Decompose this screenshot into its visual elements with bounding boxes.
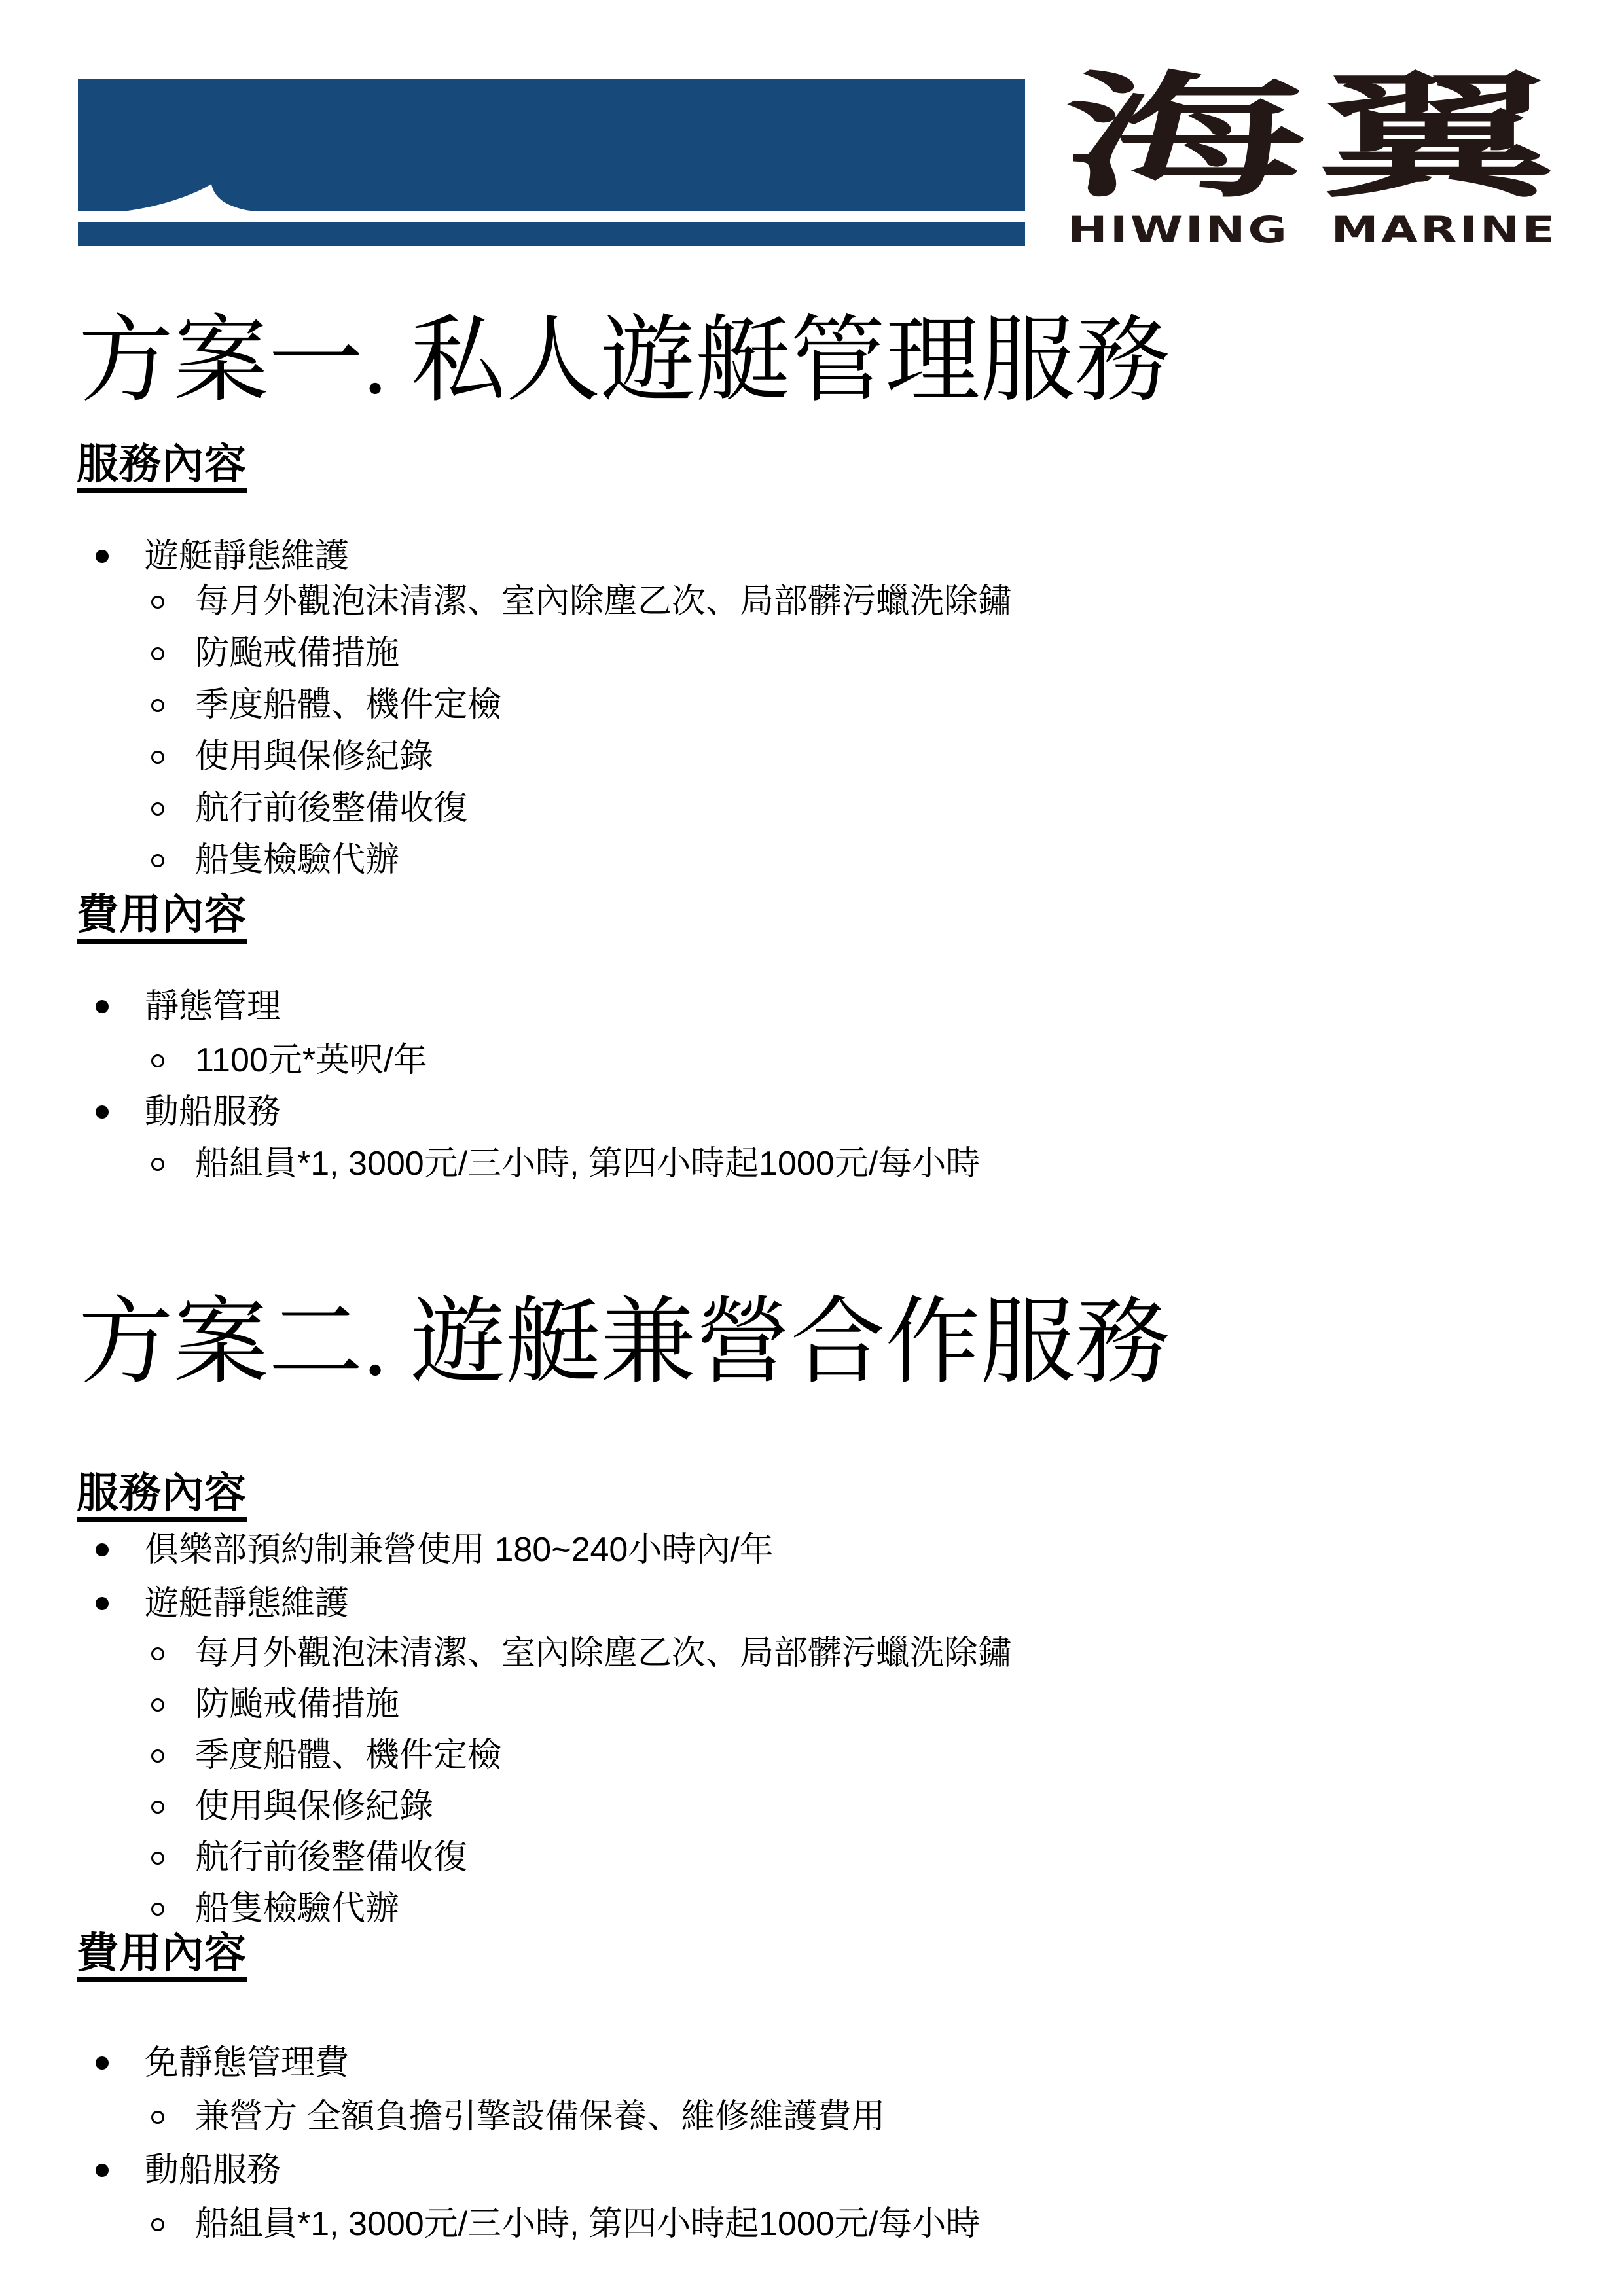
list-subitem: 航行前後整備收復 <box>151 787 467 830</box>
bullet-circle-icon <box>151 1903 164 1916</box>
list-subitem-label: 船組員*1, 3000元/三小時, 第四小時起1000元/每小時 <box>195 1142 980 1185</box>
bullet-circle-icon <box>151 647 164 660</box>
list-subitem: 船隻檢驗代辦 <box>151 838 399 882</box>
list-item-label: 俱樂部預約制兼營使用 180~240小時內/年 <box>145 1528 774 1571</box>
list-subitem: 船隻檢驗代辦 <box>151 1887 399 1930</box>
wave-icon <box>128 184 251 211</box>
list-subitem: 季度船體、機件定檢 <box>151 683 501 726</box>
bullet-dot-icon <box>96 550 109 563</box>
list-subitem-label: 航行前後整備收復 <box>195 1836 467 1879</box>
bullet-circle-icon <box>151 751 164 764</box>
bullet-circle-icon <box>151 596 164 609</box>
list-subitem-label: 兼營方 全額負擔引擎設備保養、維修維護費用 <box>195 2095 885 2138</box>
plan1-service-heading: 服務內容 <box>77 444 247 493</box>
bullet-dot-icon <box>96 1543 109 1556</box>
bullet-dot-icon <box>96 1000 109 1013</box>
list-subitem-label: 防颱戒備措施 <box>195 632 399 675</box>
list-subitem-label: 使用與保修紀錄 <box>195 735 433 778</box>
plan2-title: 方案二. 遊艇兼營合作服務 <box>79 1291 1170 1395</box>
list-subitem: 使用與保修紀錄 <box>151 735 433 778</box>
bullet-dot-icon <box>96 2164 109 2177</box>
bullet-dot-icon <box>96 1597 109 1610</box>
bullet-circle-icon <box>151 2218 164 2231</box>
bullet-circle-icon <box>151 1801 164 1814</box>
list-subitem: 每月外觀泡沫清潔、室內除塵乙次、局部髒污蠟洗除鏽 <box>151 580 1012 623</box>
bullet-dot-icon <box>96 2056 109 2070</box>
list-item-label: 遊艇靜態維護 <box>145 535 349 578</box>
bullet-circle-icon <box>151 1698 164 1712</box>
plan1-title: 方案一. 私人遊艇管理服務 <box>79 309 1170 414</box>
list-subitem: 使用與保修紀錄 <box>151 1785 433 1828</box>
bullet-circle-icon <box>151 699 164 712</box>
list-item: 俱樂部預約制兼營使用 180~240小時內/年 <box>96 1528 774 1571</box>
list-item-label: 免靜態管理費 <box>145 2041 349 2085</box>
bullet-circle-icon <box>151 1852 164 1865</box>
plan1-fee-heading: 費用內容 <box>77 894 247 944</box>
list-subitem: 防颱戒備措施 <box>151 632 399 675</box>
list-subitem-label: 季度船體、機件定檢 <box>195 683 501 726</box>
list-subitem: 1100元*英呎/年 <box>151 1039 427 1082</box>
list-subitem: 季度船體、機件定檢 <box>151 1734 501 1777</box>
bullet-circle-icon <box>151 2111 164 2124</box>
list-subitem-label: 每月外觀泡沫清潔、室內除塵乙次、局部髒污蠟洗除鏽 <box>195 1632 1012 1675</box>
brand-en-wordmark: HIWING MARINE <box>1068 212 1557 248</box>
list-subitem-label: 航行前後整備收復 <box>195 787 467 830</box>
list-subitem: 兼營方 全額負擔引擎設備保養、維修維護費用 <box>151 2095 885 2138</box>
list-subitem: 船組員*1, 3000元/三小時, 第四小時起1000元/每小時 <box>151 1142 980 1185</box>
brand-cjk-wordmark: 海翼 <box>1064 62 1568 213</box>
list-subitem-label: 1100元*英呎/年 <box>195 1039 427 1082</box>
list-item: 動船服務 <box>96 2149 281 2192</box>
logo-flag-block <box>78 79 1025 211</box>
logo-underline-bar <box>78 222 1025 246</box>
list-item-label: 靜態管理 <box>145 985 281 1028</box>
list-item-label: 動船服務 <box>145 1090 281 1134</box>
list-subitem-label: 使用與保修紀錄 <box>195 1785 433 1828</box>
list-subitem-label: 船隻檢驗代辦 <box>195 838 399 882</box>
list-item: 動船服務 <box>96 1090 281 1134</box>
list-item: 靜態管理 <box>96 985 281 1028</box>
plan2-fee-heading: 費用內容 <box>77 1933 247 1982</box>
list-item: 免靜態管理費 <box>96 2041 349 2085</box>
list-subitem-label: 季度船體、機件定檢 <box>195 1734 501 1777</box>
list-item-label: 遊艇靜態維護 <box>145 1582 349 1625</box>
bullet-circle-icon <box>151 1054 164 1067</box>
bullet-circle-icon <box>151 1749 164 1763</box>
list-subitem-label: 船組員*1, 3000元/三小時, 第四小時起1000元/每小時 <box>195 2202 980 2246</box>
list-item: 遊艇靜態維護 <box>96 1582 349 1625</box>
list-subitem: 防颱戒備措施 <box>151 1683 399 1726</box>
list-item: 遊艇靜態維護 <box>96 535 349 578</box>
list-subitem: 航行前後整備收復 <box>151 1836 467 1879</box>
list-subitem: 船組員*1, 3000元/三小時, 第四小時起1000元/每小時 <box>151 2202 980 2246</box>
bullet-circle-icon <box>151 854 164 867</box>
list-subitem-label: 船隻檢驗代辦 <box>195 1887 399 1930</box>
list-item-label: 動船服務 <box>145 2149 281 2192</box>
list-subitem-label: 每月外觀泡沫清潔、室內除塵乙次、局部髒污蠟洗除鏽 <box>195 580 1012 623</box>
plan2-service-heading: 服務內容 <box>77 1473 247 1522</box>
document-page: 海翼 HIWING MARINE 方案一. 私人遊艇管理服務 服務內容 遊艇靜態… <box>0 0 1624 2296</box>
bullet-circle-icon <box>151 1647 164 1660</box>
bullet-circle-icon <box>151 802 164 816</box>
bullet-circle-icon <box>151 1158 164 1171</box>
bullet-dot-icon <box>96 1105 109 1119</box>
list-subitem-label: 防颱戒備措施 <box>195 1683 399 1726</box>
list-subitem: 每月外觀泡沫清潔、室內除塵乙次、局部髒污蠟洗除鏽 <box>151 1632 1012 1675</box>
